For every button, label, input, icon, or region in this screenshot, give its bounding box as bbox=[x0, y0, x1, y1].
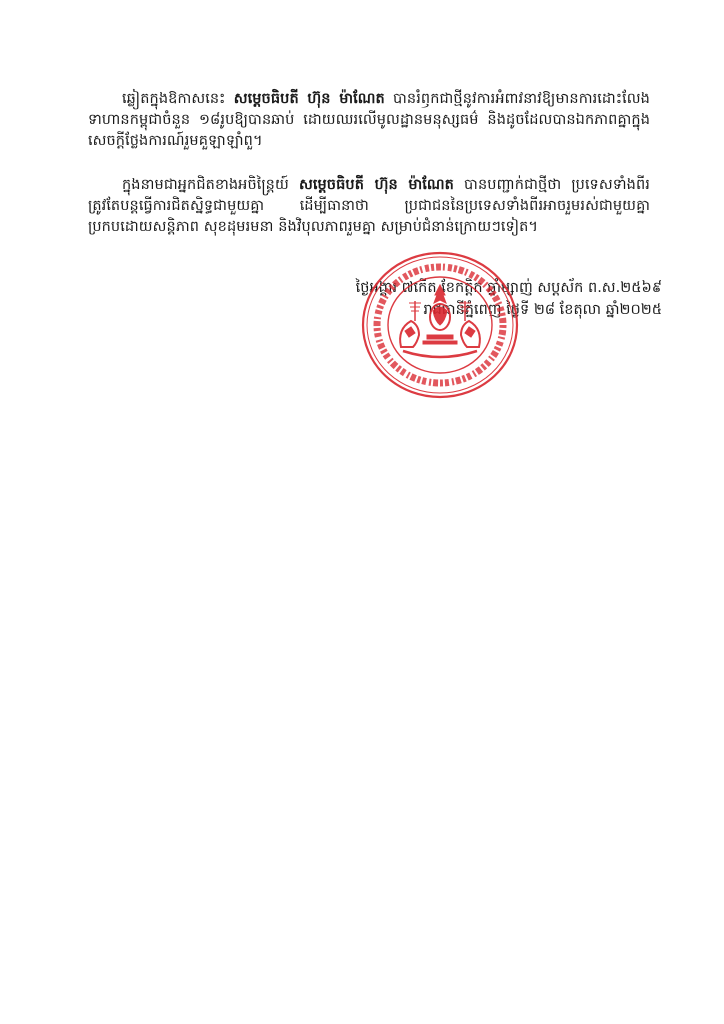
solar-date: រាជធានីភ្នំពេញ ថ្ងៃទី ២៨ ខែតុលា ឆ្នាំ២០២… bbox=[356, 299, 662, 321]
paragraph-2: ក្នុងនាមជាអ្នកជិតខាងអចិន្ត្រៃយ៍ សម្តេចធិ… bbox=[88, 175, 650, 238]
paragraph-1-prefix: ឆ្លៀតក្នុងឱកាសនេះ bbox=[122, 91, 234, 107]
lunar-date: ថ្ងៃអង្គារ ៧កើត ខែកត្តិក ឆ្នាំម្សាញ់ សប្… bbox=[356, 277, 662, 299]
document-page: ឆ្លៀតក្នុងឱកាសនេះ សម្តេចធិបតី ហ៊ុន ម៉ាណែ… bbox=[0, 0, 724, 1024]
paragraph-1-name: សម្តេចធិបតី ហ៊ុន ម៉ាណែត bbox=[234, 91, 385, 107]
paragraph-2-name: សម្តេចធិបតី ហ៊ុន ម៉ាណែត bbox=[299, 177, 454, 193]
paragraph-2-prefix: ក្នុងនាមជាអ្នកជិតខាងអចិន្ត្រៃយ៍ bbox=[122, 177, 299, 193]
official-seal-icon bbox=[361, 251, 519, 399]
paragraph-1: ឆ្លៀតក្នុងឱកាសនេះ សម្តេចធិបតី ហ៊ុន ម៉ាណែ… bbox=[88, 89, 650, 152]
date-block: ថ្ងៃអង្គារ ៧កើត ខែកត្តិក ឆ្នាំម្សាញ់ សប្… bbox=[356, 277, 662, 321]
